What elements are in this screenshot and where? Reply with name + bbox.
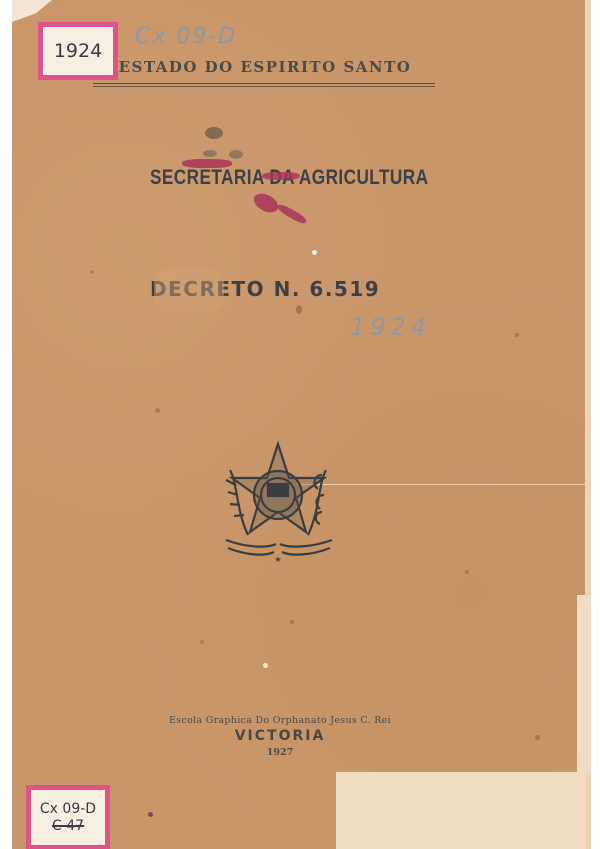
foxing-spot	[465, 570, 469, 574]
foxing-spot	[535, 735, 540, 740]
svg-text:★: ★	[274, 555, 281, 564]
stain	[229, 150, 243, 159]
foxing-spot	[515, 333, 519, 337]
fold-line	[300, 484, 586, 485]
imprint-block: Escola Graphica Do Orphanato Jesus C. Re…	[150, 715, 410, 758]
imprint-city: VICTORIA	[150, 728, 410, 744]
torn-right-edge	[577, 595, 591, 775]
imprint-year: 1927	[150, 747, 410, 758]
foxing-spot	[290, 620, 294, 624]
foxing-spot	[90, 270, 94, 274]
archive-label-bottom-line1: Cx 09-D	[40, 801, 96, 818]
stain	[205, 127, 223, 139]
pin-hole	[263, 663, 268, 668]
stain	[203, 150, 217, 157]
pencil-note-top: Cx 09-D	[135, 24, 237, 49]
foxing-spot	[155, 408, 160, 413]
torn-bottom-edge	[336, 772, 586, 849]
header-rule-secondary	[93, 86, 435, 87]
red-stain	[182, 159, 232, 168]
foxing-spot	[296, 305, 302, 314]
foxing-spot	[148, 812, 153, 817]
imprint-press: Escola Graphica Do Orphanato Jesus C. Re…	[150, 715, 410, 726]
red-stain	[262, 172, 300, 180]
pencil-note-year: 1924	[350, 313, 431, 341]
header-rule	[93, 83, 435, 84]
state-header: ESTADO DO ESPIRITO SANTO	[100, 58, 430, 76]
pin-hole	[312, 250, 317, 255]
coat-of-arms-icon: ★	[218, 440, 338, 565]
foxing-spot	[200, 640, 204, 644]
water-stain	[154, 268, 224, 313]
archive-label-bottom-inner: Cx 09-D C 47	[31, 790, 105, 845]
archive-label-bottom: Cx 09-D C 47	[26, 785, 110, 849]
archive-label-bottom-line2: C 47	[52, 818, 84, 835]
